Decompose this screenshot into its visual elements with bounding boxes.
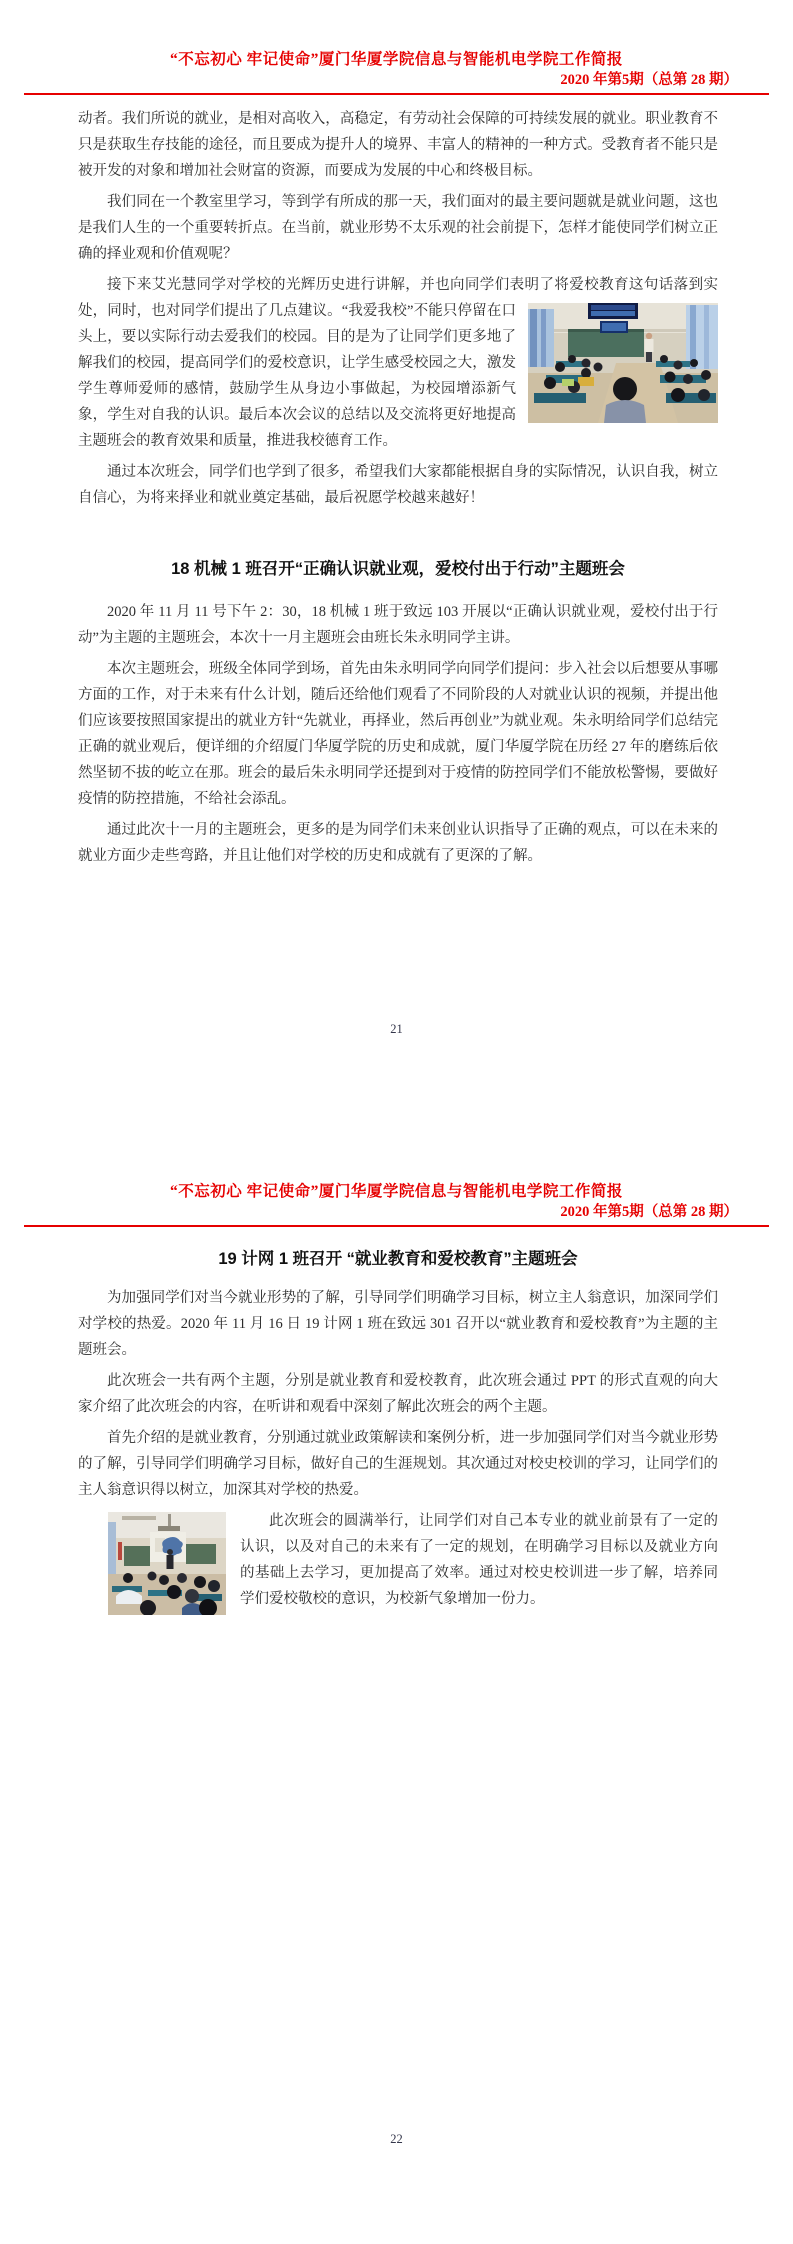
paragraph-lead-text: 接下来艾光慧同学对学校的光辉历史进行讲解，并也向同学们表明了将爱校: [107, 277, 599, 293]
paragraph-with-photo: 此次班会的圆满举行，让同学们对自己本专业的就业前景有了一定的认识，以及对自己的未…: [78, 1508, 718, 1619]
classroom-photo-1: [528, 303, 718, 423]
bulletin-document: “不忘初心 牢记使命”厦门华厦学院信息与智能机电学院工作简报 2020 年第5期…: [0, 0, 793, 2244]
header-rule: [24, 1225, 769, 1227]
paragraph: 我们同在一个教室里学习，等到学有所成的那一天，我们面对的最主要问题就是就业问题，…: [78, 189, 718, 267]
page-header: “不忘初心 牢记使命”厦门华厦学院信息与智能机电学院工作简报 2020 年第5期…: [0, 50, 793, 95]
paragraph: 首先介绍的是就业教育，分别通过就业政策解读和案例分析，进一步加强同学们对当今就业…: [78, 1425, 718, 1503]
paragraph: 此次班会一共有两个主题，分别是就业教育和爱校教育，此次班会通过 PPT 的形式直…: [78, 1368, 718, 1420]
article-title-18-jixie: 18 机械 1 班召开“正确认识就业观，爱校付出于行动”主题班会: [78, 557, 718, 581]
page-header: “不忘初心 牢记使命”厦门华厦学院信息与智能机电学院工作简报 2020 年第5期…: [0, 1182, 793, 1227]
page-21: “不忘初心 牢记使命”厦门华厦学院信息与智能机电学院工作简报 2020 年第5期…: [0, 0, 793, 1148]
page-number: 21: [0, 1022, 793, 1037]
article-title-19-jiwang: 19 计网 1 班召开 “就业教育和爱校教育”主题班会: [78, 1247, 718, 1271]
page-number: 22: [0, 2132, 793, 2147]
header-rule: [24, 93, 769, 95]
page1-body: 动者。我们所说的就业，是相对高收入，高稳定，有劳动社会保障的可持续发展的就业。职…: [78, 106, 718, 869]
page-22: “不忘初心 牢记使命”厦门华厦学院信息与智能机电学院工作简报 2020 年第5期…: [0, 1148, 793, 2244]
paragraph-text: 此次班会的圆满举行，让同学们对自己本专业的就业前景有了一定的认识，以及对自己的未…: [240, 1513, 718, 1607]
paragraph-continuation: 动者。我们所说的就业，是相对高收入，高稳定，有劳动社会保障的可持续发展的就业。职…: [78, 106, 718, 184]
paragraph: 2020 年 11 月 11 号下午 2：30，18 机械 1 班于致远 103…: [78, 599, 718, 651]
paragraph: 通过本次班会，同学们也学到了很多，希望我们大家都能根据自身的实际情况，认识自我，…: [78, 459, 718, 511]
page2-body: 19 计网 1 班召开 “就业教育和爱校教育”主题班会 为加强同学们对当今就业形…: [78, 1247, 718, 1619]
paragraph-with-photo: 接下来艾光慧同学对学校的光辉历史进行讲解，并也向同学们表明了将爱校: [78, 272, 718, 454]
bulletin-issue: 2020 年第5期（总第 28 期）: [0, 1203, 793, 1221]
paragraph: 为加强同学们对当今就业形势的了解，引导同学们明确学习目标，树立主人翁意识，加深同…: [78, 1285, 718, 1363]
bulletin-issue: 2020 年第5期（总第 28 期）: [0, 71, 793, 89]
classroom-photo-2: [108, 1512, 226, 1615]
bulletin-title: “不忘初心 牢记使命”厦门华厦学院信息与智能机电学院工作简报: [0, 1182, 793, 1202]
paragraph: 本次主题班会，班级全体同学到场，首先由朱永明同学向同学们提问：步入社会以后想要从…: [78, 656, 718, 812]
paragraph: 通过此次十一月的主题班会，更多的是为同学们未来创业认识指导了正确的观点，可以在未…: [78, 817, 718, 869]
bulletin-title: “不忘初心 牢记使命”厦门华厦学院信息与智能机电学院工作简报: [0, 50, 793, 70]
